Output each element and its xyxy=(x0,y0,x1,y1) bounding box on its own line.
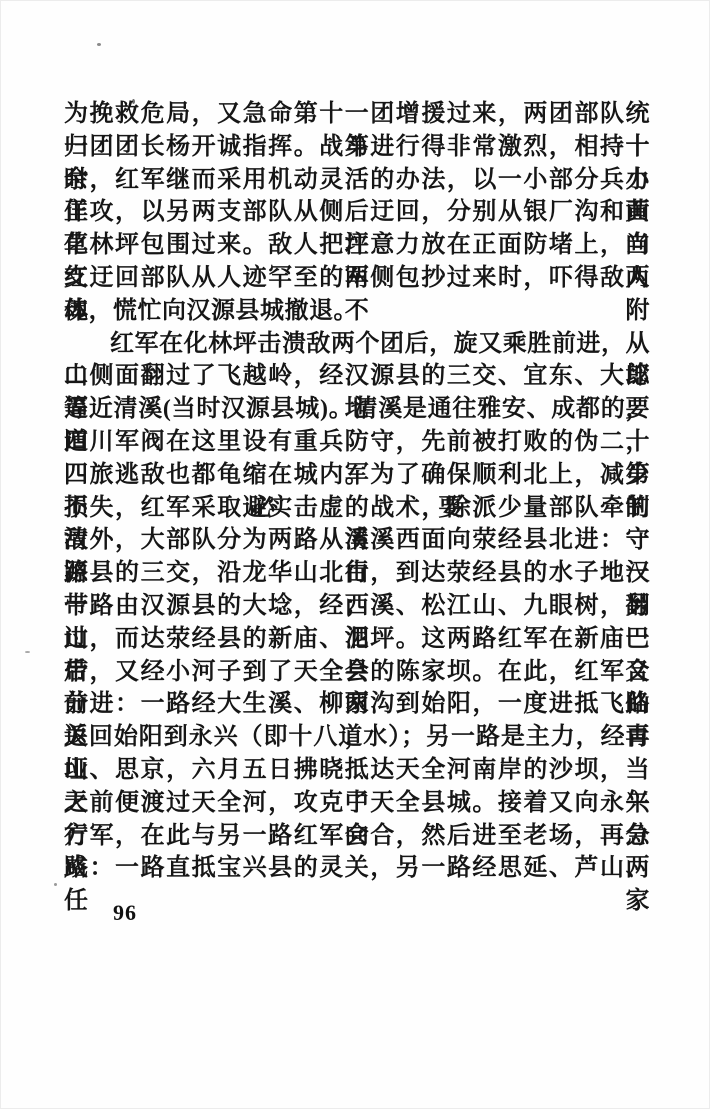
text-line: 前进：一路经大生溪、柳家沟到始阳，一度进抵飞仙关，再 xyxy=(64,688,650,721)
text-line: 行军，在此与另一路红军会合，然后进至老场，再分成两 xyxy=(64,820,650,853)
text-line: 路：一路直抵宝兴县的灵关，另一路经思延、芦山、任家 xyxy=(64,852,650,885)
ink-speck xyxy=(54,883,57,886)
text-line: 为挽救危局，又急命第十一团增援过来，两团部队统归第十 xyxy=(64,98,650,131)
paragraph-2: 红军在化林坪击溃敌两个团后，旋又乘胜前进，从二郎 山侧面翻过了飞越岭，经汉源县的… xyxy=(64,328,650,886)
text-line: 后，又经小河子到了天全县的陈家坝。在此，红军又分两路 xyxy=(64,656,650,689)
text-line: 源县的三交，沿龙华山北行，到达荥经县的水子地一带；另 xyxy=(64,557,650,590)
page-number: 96 xyxy=(113,900,137,926)
text-line: 垭、思京，六月五日拂晓抵达天全河南岸的沙坝，当天中午 xyxy=(64,754,650,787)
text-line: 佯攻，以另两支部队从侧后迂回，分别从银厂沟和黄草坪向 xyxy=(64,196,650,229)
text-line: 支迂回部队从人迹罕至的两侧包抄过来时，吓得敌人魂不附 xyxy=(64,262,650,295)
text-line: 红军在化林坪击溃敌两个团后，旋又乘胜前进，从二郎 xyxy=(64,328,650,361)
paragraph-1: 为挽救危局，又急命第十一团增援过来，两团部队统归第十 一团团长杨开诚指挥。战斗进… xyxy=(64,98,650,328)
text-line: 返回始阳到永兴（即十八道水）；另一路是主力，经青山 xyxy=(64,721,650,754)
text-line: 之前便渡过天全河，攻克了天全县城。接着又向永兴方向急 xyxy=(64,787,650,820)
text-line: 敌外，大部队分为两路从清溪西面向荥经县北进：一路由汉 xyxy=(64,524,650,557)
text-line: 山侧面翻过了飞越岭，经汉源县的三交、宜东、大埝等地， xyxy=(64,360,650,393)
text-line: 一路由汉源县的大埝，经西溪、松江山、九眼树，翻过泥巴 xyxy=(64,590,650,623)
text-line: 时，红军继而采用机动灵活的办法，以一小部分兵力正面 xyxy=(64,164,650,197)
text-line: 逼近清溪(当时汉源县城)。清溪是通往雅安、成都的要道， xyxy=(64,393,650,426)
scanned-book-page: 为挽救危局，又急命第十一团增援过来，两团部队统归第十 一团团长杨开诚指挥。战斗进… xyxy=(0,0,710,1109)
text-line: 山，而达荥经县的新庙、泗坪。这两路红军在新庙一带会合 xyxy=(64,623,650,656)
text-line: 四旅逃敌也都龟缩在城内。为了确保顺利北上，减少不必要的 xyxy=(64,459,650,492)
text-line: 四川军阀在这里设有重兵防守，先前被打败的伪二十四军第 xyxy=(64,426,650,459)
ink-speck xyxy=(97,43,101,46)
text-line: 损失，红军采取避实击虚的战术，除派少量部队牵制清溪守 xyxy=(64,492,650,525)
ink-speck xyxy=(25,651,30,653)
text-line: 一团团长杨开诚指挥。战斗进行得非常激烈，相持十余小 xyxy=(64,131,650,164)
text-line: 化林坪包围过来。敌人把注意力放在正面防堵上，当红军两 xyxy=(64,229,650,262)
body-text: 为挽救危局，又急命第十一团增援过来，两团部队统归第十 一团团长杨开诚指挥。战斗进… xyxy=(64,98,650,885)
